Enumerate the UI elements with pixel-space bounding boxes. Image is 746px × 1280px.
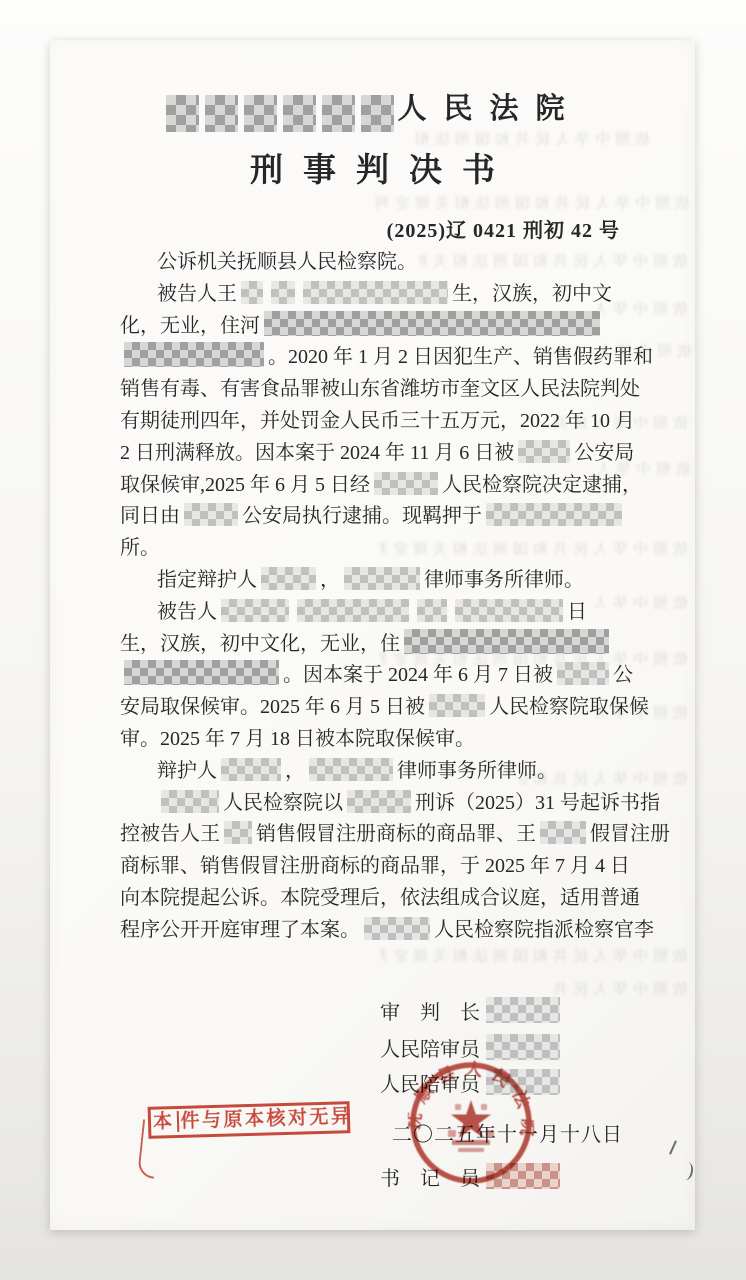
body-line: 生，汉族，初中文化，无业，住 bbox=[120, 629, 632, 661]
redacted-text bbox=[455, 599, 563, 622]
body-line: 。2020 年 1 月 2 日因犯生产、销售假药罪和 bbox=[120, 342, 632, 374]
redacted-text bbox=[241, 281, 263, 304]
redacted-text bbox=[221, 758, 281, 781]
redacted-text bbox=[303, 281, 448, 304]
redacted-text bbox=[224, 821, 252, 844]
redacted-text bbox=[124, 342, 264, 367]
redacted-text bbox=[264, 311, 600, 336]
redacted-text bbox=[221, 599, 289, 622]
redacted-juror-name bbox=[486, 1034, 560, 1060]
redacted-court-name bbox=[322, 95, 355, 132]
body-line: 被告人日 bbox=[120, 597, 632, 629]
seal-emblem bbox=[448, 1100, 494, 1152]
redacted-text bbox=[364, 917, 430, 940]
verification-stamp: 本件与原本核对无异 bbox=[148, 1101, 351, 1139]
body-line: 取保候审,2025 年 6 月 5 日经人民检察院决定逮捕， bbox=[120, 470, 632, 502]
redacted-text bbox=[518, 440, 570, 463]
body-line: 。因本案于 2024 年 6 月 7 日被公 bbox=[120, 660, 632, 692]
juror-row: 人民陪审员 bbox=[380, 1033, 564, 1062]
court-name-line: 人民法院 bbox=[50, 86, 695, 132]
redacted-text bbox=[486, 503, 622, 526]
photo-background: { "header": { "court_suffix": "人民法院", "t… bbox=[0, 0, 746, 1280]
redacted-text bbox=[557, 662, 609, 685]
body-line: 审。2025 年 7 月 18 日被本院取保候审。 bbox=[120, 724, 632, 756]
verification-stamp-text: 件与原本核对无异 bbox=[180, 1106, 353, 1132]
redacted-text bbox=[261, 567, 316, 590]
body-line: 向本院提起公诉。本院受理后，依法组成合议庭，适用普通 bbox=[120, 883, 632, 915]
court-name-suffix: 人民法院 bbox=[397, 93, 581, 125]
redacted-text bbox=[540, 821, 586, 844]
redacted-court-name bbox=[205, 95, 238, 132]
pen-mark bbox=[679, 1161, 695, 1181]
body-line: 公诉机关抚顺县人民检察院。 bbox=[120, 247, 632, 279]
redacted-court-name bbox=[166, 95, 199, 132]
body-line: 2 日刑满释放。因本案于 2024 年 11 月 6 日被公安局 bbox=[120, 438, 632, 470]
document-page: 依照中华人民共和国刑法相关规定判决如下被告人犯销售假冒注册商标的商品罪判处有期徒… bbox=[50, 40, 695, 1230]
body-line: 被告人王生，汉族，初中文 bbox=[120, 279, 632, 311]
body-line: 化，无业，住河 bbox=[120, 311, 632, 343]
redacted-text bbox=[417, 599, 447, 622]
body-line: 辩护人，律师事务所律师。 bbox=[120, 756, 632, 788]
court-seal: 抚顺县人民法院 bbox=[408, 1060, 534, 1186]
case-number: (2025)辽 0421 刑初 42 号 bbox=[50, 214, 620, 243]
body-line: 控被告人王销售假冒注册商标的商品罪、王假冒注册 bbox=[120, 819, 632, 851]
redacted-text bbox=[309, 758, 393, 781]
document-title: 刑事判决书 bbox=[50, 144, 695, 191]
presiding-judge-label: 审 判 长 bbox=[380, 996, 482, 1025]
bleed-through-text: 依照中华人民共和国刑法相关规定判决如下被告人犯销售假冒注册商标的商品罪判处有期徒… bbox=[370, 192, 690, 209]
redacted-text bbox=[429, 694, 485, 717]
body-lines: 公诉机关抚顺县人民检察院。被告人王生，汉族，初中文化，无业，住河。2020 年 … bbox=[120, 247, 632, 947]
redacted-text bbox=[124, 660, 279, 685]
body-line: 同日由公安局执行逮捕。现羁押于 bbox=[120, 501, 632, 533]
body-line: 商标罪、销售假冒注册商标的商品罪，于 2025 年 7 月 4 日 bbox=[120, 851, 632, 883]
redacted-text bbox=[347, 790, 411, 813]
body-line: 销售有毒、有害食品罪被山东省潍坊市奎文区人民法院判处 bbox=[120, 374, 632, 406]
presiding-judge-row: 审 判 长 bbox=[380, 996, 564, 1025]
body-line: 程序公开开庭审理了本案。人民检察院指派检察官李 bbox=[120, 915, 632, 947]
pen-stroke bbox=[137, 1119, 160, 1178]
body-line: 人民检察院以刑诉（2025）31 号起诉书指 bbox=[120, 788, 632, 820]
juror-label: 人民陪审员 bbox=[380, 1033, 482, 1062]
redacted-court-name bbox=[244, 95, 277, 132]
redacted-text bbox=[344, 567, 420, 590]
redacted-text bbox=[271, 281, 295, 304]
body-line: 指定辩护人，律师事务所律师。 bbox=[120, 565, 632, 597]
redacted-judge-name bbox=[486, 997, 560, 1023]
redacted-text bbox=[374, 472, 438, 495]
redacted-text bbox=[184, 503, 238, 526]
body-line: 安局取保候审。2025 年 6 月 5 日被人民检察院取保候 bbox=[120, 692, 632, 724]
bleed-through-text: 依照中华人民共和国刑法相关规定判决如下被告人犯销售假冒注册商标的商品罪判处有期徒… bbox=[380, 945, 688, 962]
body-line: 有期徒刑四年，并处罚金人民币三十五万元，2022 年 10 月 bbox=[120, 406, 632, 438]
body-line: 所。 bbox=[120, 533, 632, 565]
redacted-text bbox=[404, 629, 609, 654]
redacted-court-name bbox=[361, 95, 394, 132]
redacted-text bbox=[161, 790, 219, 813]
redacted-text bbox=[297, 599, 409, 622]
redacted-court-name bbox=[283, 95, 316, 132]
